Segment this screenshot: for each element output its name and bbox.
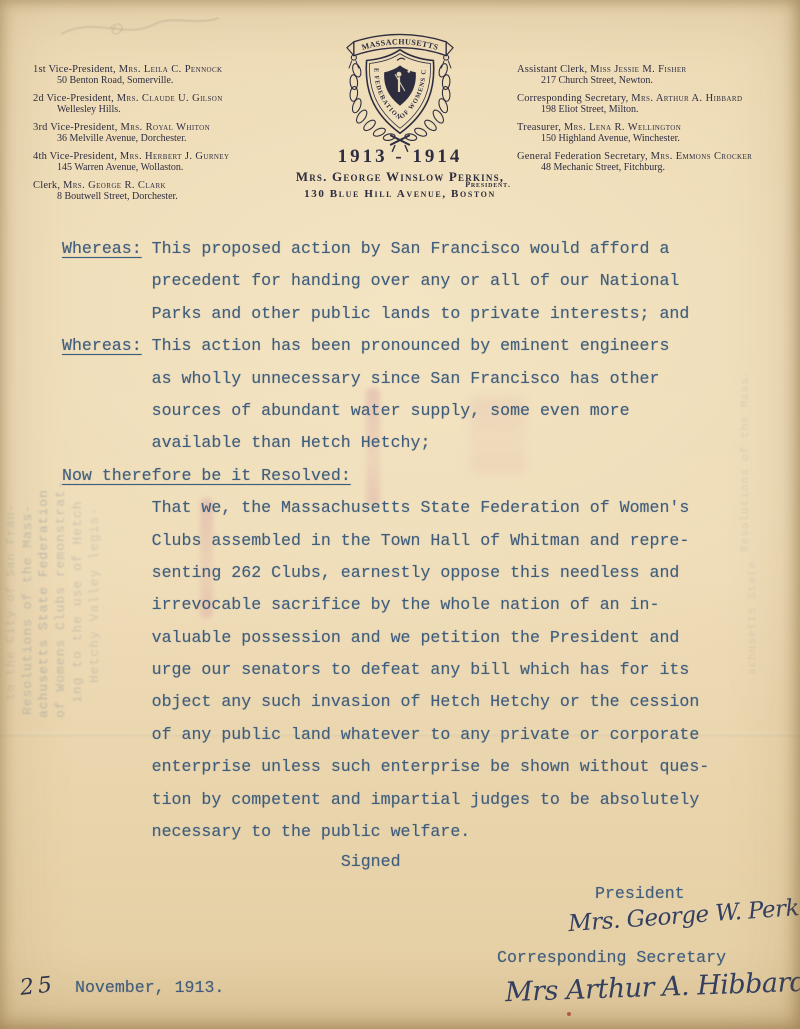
officer-title: Corresponding Secretary, bbox=[517, 93, 628, 104]
body-line: urge our senators to defeat any bill whi… bbox=[62, 654, 742, 686]
officer-name: Mrs. George R. Clark bbox=[63, 180, 166, 191]
body-line: as wholly unnecessary since San Francisc… bbox=[62, 363, 742, 395]
body-text: This action has been pronounced by emine… bbox=[152, 336, 670, 355]
officer-title: 2d Vice-President, bbox=[33, 93, 114, 104]
body-line: Now therefore be it Resolved: bbox=[62, 460, 742, 492]
officer-address: Wellesley Hills. bbox=[33, 104, 333, 115]
body-line: Clubs assembled in the Town Hall of Whit… bbox=[62, 525, 742, 557]
officer-name: Mrs. Emmons Crocker bbox=[651, 151, 753, 162]
officer-address: 36 Melville Avenue, Dorchester. bbox=[33, 133, 333, 144]
officer-name: Mrs. Royal Whiton bbox=[120, 122, 210, 133]
letterhead-years: 1913 - 1914 bbox=[300, 146, 500, 168]
body-line: object any such invasion of Hetch Hetchy… bbox=[62, 686, 742, 718]
officer-name: Mrs. Leila C. Pennock bbox=[119, 64, 223, 75]
body-text: object any such invasion of Hetch Hetchy… bbox=[152, 692, 700, 711]
officer-address: 150 Highland Avenue, Winchester. bbox=[517, 133, 797, 144]
officer-address: 48 Mechanic Street, Fitchburg. bbox=[517, 162, 797, 173]
signed-word: Signed bbox=[62, 852, 401, 871]
body-text: This proposed action by San Francisco wo… bbox=[152, 239, 670, 258]
letter-body: Whereas:This proposed action by San Fran… bbox=[62, 233, 742, 848]
officer-title: Clerk, bbox=[33, 180, 60, 191]
body-text: valuable possession and we petition the … bbox=[152, 628, 680, 647]
closing-president-title: President bbox=[595, 884, 685, 903]
body-line: Whereas:This action has been pronounced … bbox=[62, 330, 742, 362]
letter-page: to the City of San Fran- Resolutions of … bbox=[0, 0, 800, 1029]
body-text: That we, the Massachusetts State Federat… bbox=[152, 498, 690, 517]
body-text: irrevocable sacrifice by the whole natio… bbox=[152, 595, 660, 614]
body-line: irrevocable sacrifice by the whole natio… bbox=[62, 589, 742, 621]
officer-title: Assistant Clerk, bbox=[517, 64, 587, 75]
body-text: tion by competent and impartial judges t… bbox=[152, 790, 700, 809]
officer-name: Mrs. Herbert J. Gurney bbox=[120, 151, 230, 162]
body-text: as wholly unnecessary since San Francisc… bbox=[152, 369, 660, 388]
bleed-through-text: achusetts State Federation bbox=[36, 378, 52, 718]
body-text: precedent for handing over any or all of… bbox=[152, 271, 680, 290]
officer-name: Mrs. Lena R. Wellington bbox=[564, 122, 681, 133]
officer-entry: Corresponding Secretary, Mrs. Arthur A. … bbox=[517, 93, 797, 115]
body-text: necessary to the public welfare. bbox=[152, 822, 471, 841]
body-line: available than Hetch Hetchy; bbox=[62, 427, 742, 459]
body-text: urge our senators to defeat any bill whi… bbox=[152, 660, 690, 679]
officer-entry: General Federation Secretary, Mrs. Emmon… bbox=[517, 151, 797, 173]
body-text: senting 262 Clubs, earnestly oppose this… bbox=[152, 563, 680, 582]
officer-title: 1st Vice-President, bbox=[33, 64, 116, 75]
federation-seal: MASSACHUSETTS STATE FEDERATION OF WOMENS… bbox=[344, 24, 456, 154]
bleed-through-text: Resolutions of the Mass- bbox=[740, 452, 756, 552]
body-text: available than Hetch Hetchy; bbox=[152, 433, 431, 452]
body-line: necessary to the public welfare. bbox=[62, 816, 742, 848]
bleed-through-text: Resolutions of the Mass- bbox=[20, 385, 36, 715]
body-line: precedent for handing over any or all of… bbox=[62, 265, 742, 297]
officer-entry: 3rd Vice-President, Mrs. Royal Whiton 36… bbox=[33, 122, 333, 144]
officer-address: 50 Benton Road, Somerville. bbox=[33, 75, 333, 86]
body-text: enterprise unless such enterprise be sho… bbox=[152, 757, 710, 776]
officer-name: Mrs. Arthur A. Hibbard bbox=[631, 93, 742, 104]
body-text: Parks and other public lands to private … bbox=[152, 304, 690, 323]
body-line: valuable possession and we petition the … bbox=[62, 622, 742, 654]
closing-secretary-title: Corresponding Secretary bbox=[497, 948, 726, 967]
whereas-label: Whereas: bbox=[62, 336, 142, 355]
officer-entry: Treasurer, Mrs. Lena R. Wellington 150 H… bbox=[517, 122, 797, 144]
officer-entry: 1st Vice-President, Mrs. Leila C. Pennoc… bbox=[33, 64, 333, 86]
body-line: That we, the Massachusetts State Federat… bbox=[62, 492, 742, 524]
bleed-through-text: achusetts State bbox=[747, 585, 763, 675]
secretary-signature: Mrs Arthur A. Hibbard bbox=[505, 967, 800, 1009]
officer-name: Mrs. Claude U. Gilson bbox=[117, 93, 223, 104]
officer-address: 217 Church Street, Newton. bbox=[517, 75, 797, 86]
body-text: sources of abundant water supply, some e… bbox=[152, 401, 630, 420]
officer-title: 3rd Vice-President, bbox=[33, 122, 118, 133]
whereas-label: Whereas: bbox=[62, 239, 142, 258]
officer-entry: Assistant Clerk, Miss Jessie M. Fisher 2… bbox=[517, 64, 797, 86]
date-text: November, 1913. bbox=[75, 978, 224, 997]
officer-address: 198 Eliot Street, Milton. bbox=[517, 104, 797, 115]
ink-dot bbox=[567, 1012, 571, 1016]
body-line: sources of abundant water supply, some e… bbox=[62, 395, 742, 427]
body-line: Parks and other public lands to private … bbox=[62, 298, 742, 330]
officer-title: General Federation Secretary, bbox=[517, 151, 648, 162]
body-text: Clubs assembled in the Town Hall of Whit… bbox=[152, 531, 690, 550]
pencil-smudge bbox=[55, 10, 225, 44]
body-line: enterprise unless such enterprise be sho… bbox=[62, 751, 742, 783]
body-line: tion by competent and impartial judges t… bbox=[62, 784, 742, 816]
body-line: of any public land whatever to any priva… bbox=[62, 719, 742, 751]
letterhead-address: 130 Blue Hill Avenue, Boston bbox=[260, 188, 540, 200]
resolved-heading: Now therefore be it Resolved: bbox=[62, 466, 351, 485]
officer-title: Treasurer, bbox=[517, 122, 561, 133]
body-line: senting 262 Clubs, earnestly oppose this… bbox=[62, 557, 742, 589]
body-text: of any public land whatever to any priva… bbox=[152, 725, 700, 744]
officer-title: 4th Vice-President, bbox=[33, 151, 117, 162]
bleed-through-text: to the City of San Fran- bbox=[4, 400, 20, 700]
officer-name: Miss Jessie M. Fisher bbox=[590, 64, 687, 75]
handwritten-day: 25 bbox=[19, 972, 57, 1001]
officers-right-column: Assistant Clerk, Miss Jessie M. Fisher 2… bbox=[517, 64, 797, 180]
body-line: Whereas:This proposed action by San Fran… bbox=[62, 233, 742, 265]
officer-entry: 2d Vice-President, Mrs. Claude U. Gilson… bbox=[33, 93, 333, 115]
